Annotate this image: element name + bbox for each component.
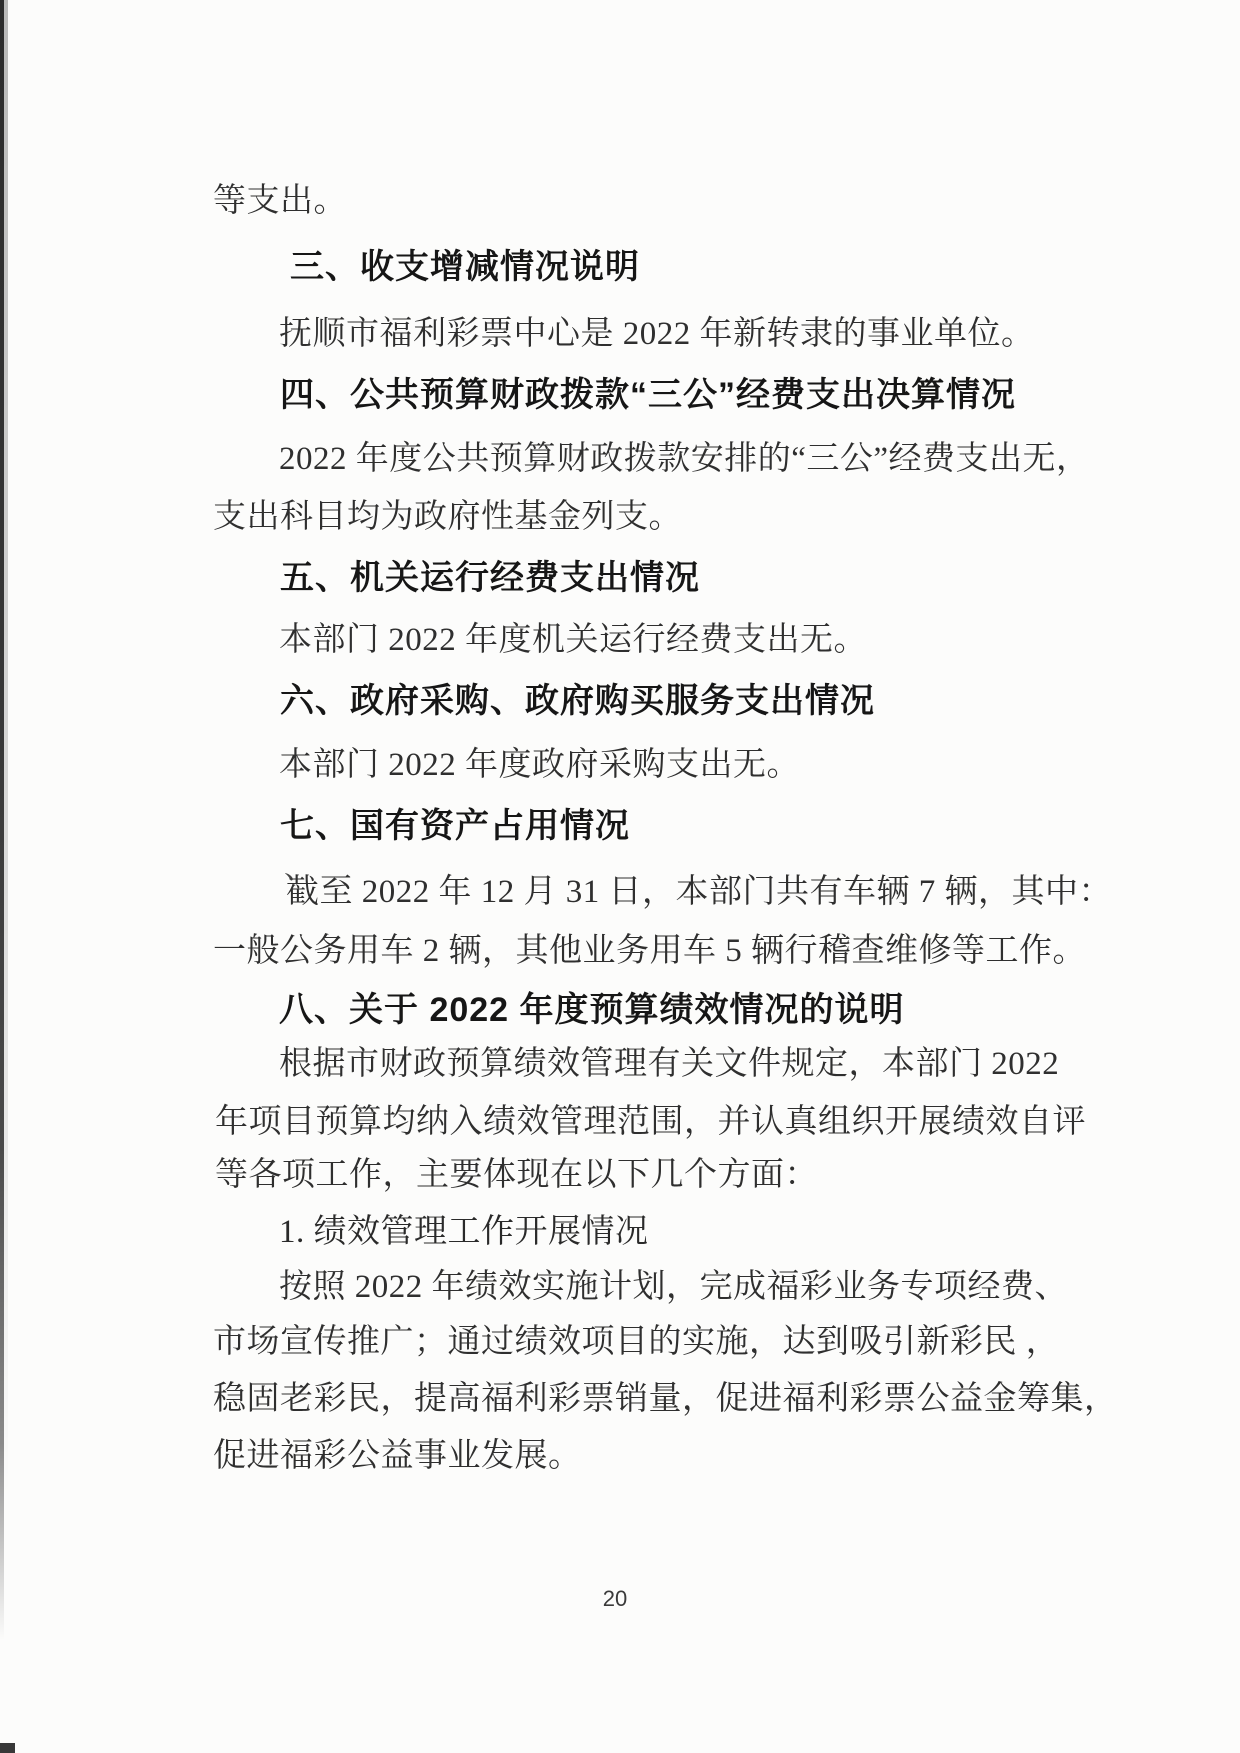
paragraph-section-4-line-1: 2022 年度公共预算财政拨款安排的“三公”经费支出无， (279, 438, 1090, 480)
paragraph-section-3: 抚顺市福利彩票中心是 2022 年新转隶的事业单位。 (279, 313, 1035, 355)
paragraph-section-8-line-2: 年项目预算均纳入绩效管理范围，并认真组织开展绩效自评 (215, 1101, 1086, 1143)
paragraph-section-5: 本部门 2022 年度机关运行经费支出无。 (279, 619, 867, 661)
paragraph-subsection-1-line-1: 按照 2022 年绩效实施计划，完成福彩业务专项经费、 (279, 1266, 1068, 1308)
heading-section-6: 六、政府采购、政府购买服务支出情况 (280, 680, 875, 722)
page-number: 20 (585, 1586, 645, 1612)
paragraph-section-8-line-3: 等各项工作，主要体现在以下几个方面： (215, 1154, 818, 1196)
scan-corner-artifact (0, 1743, 15, 1753)
paragraph-section-6: 本部门 2022 年度政府采购支出无。 (279, 744, 800, 786)
paragraph-section-7-line-2: 一般公务用车 2 辆，其他业务用车 5 辆行稽查维修等工作。 (213, 930, 1086, 972)
paragraph-subsection-1-line-3: 稳固老彩民，提高福利彩票销量，促进福利彩票公益金筹集， (213, 1378, 1118, 1420)
heading-section-4: 四、公共预算财政拨款“三公”经费支出决算情况 (280, 374, 1016, 416)
paragraph-section-4-line-2: 支出科目均为政府性基金列支。 (213, 496, 682, 538)
paragraph-section-8-line-1: 根据市财政预算绩效管理有关文件规定，本部门 2022 (279, 1043, 1059, 1085)
heading-section-8: 八、关于 2022 年度预算绩效情况的说明 (279, 989, 905, 1031)
heading-section-3: 三、收支增减情况说明 (290, 246, 640, 288)
subsection-heading-1: 1. 绩效管理工作开展情况 (279, 1211, 649, 1253)
paragraph-tail-expenses: 等支出。 (213, 180, 347, 222)
paragraph-subsection-1-line-2: 市场宣传推广；通过绩效项目的实施，达到吸引新彩民 ， (213, 1321, 1059, 1363)
paragraph-section-7-line-1: 截至 2022 年 12 月 31 日，本部门共有车辆 7 辆，其中： (286, 871, 1112, 913)
document-page: 等支出。 三、收支增减情况说明 抚顺市福利彩票中心是 2022 年新转隶的事业单… (0, 0, 1240, 1753)
paragraph-subsection-1-line-4: 促进福彩公益事业发展。 (213, 1435, 582, 1477)
heading-section-5: 五、机关运行经费支出情况 (280, 557, 700, 599)
scan-edge-shadow-artifact (4, 0, 8, 1500)
heading-section-7: 七、国有资产占用情况 (280, 805, 630, 847)
